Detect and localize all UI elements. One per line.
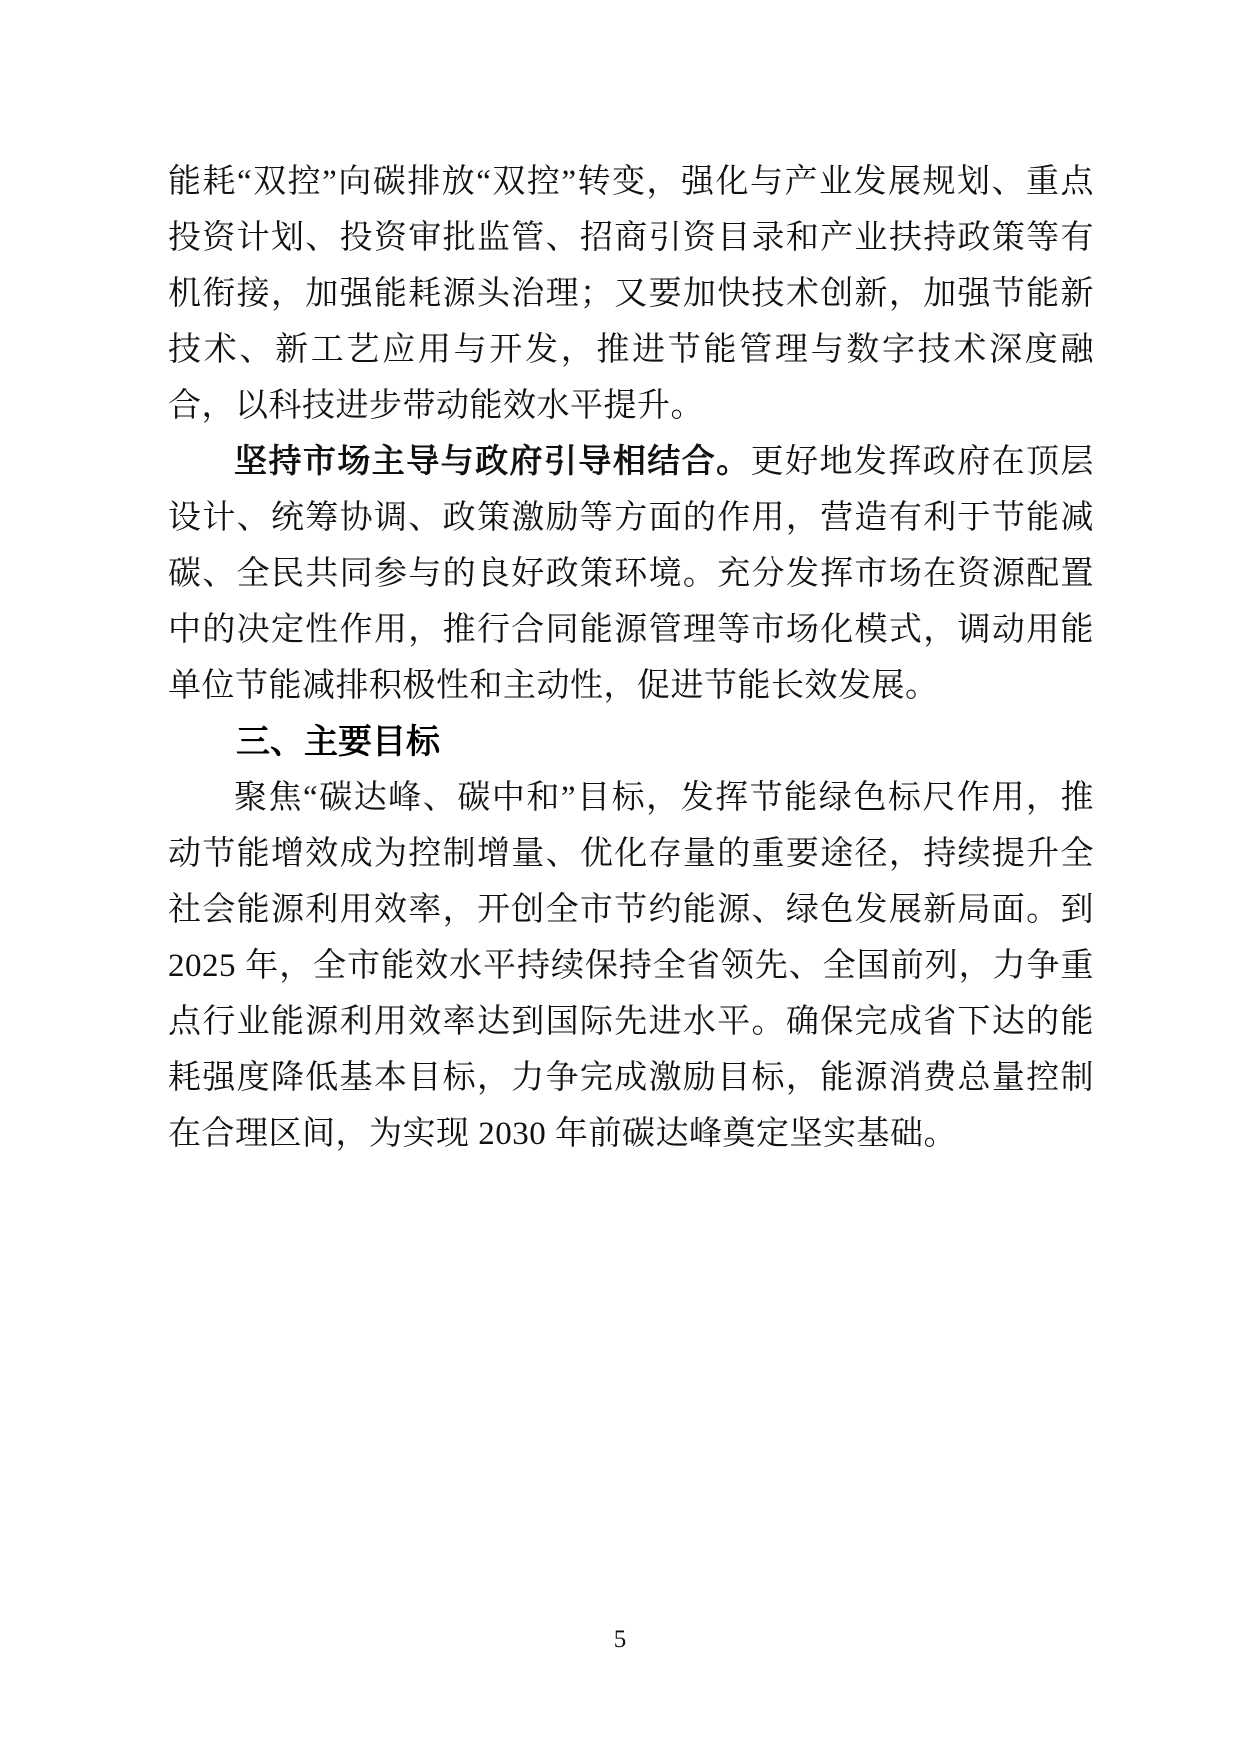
text-run: 能耗“双控”向碳排放“双控”转变，强化与产业发展规划、重点投资计划、投资审批监管…	[168, 164, 1094, 424]
page-footer: 5	[0, 1626, 1240, 1654]
document-body: 能耗“双控”向碳排放“双控”转变，强化与产业发展规划、重点投资计划、投资审批监管…	[168, 154, 1094, 1162]
paragraph: 能耗“双控”向碳排放“双控”转变，强化与产业发展规划、重点投资计划、投资审批监管…	[168, 154, 1094, 434]
bold-text-run: 三、主要目标	[236, 723, 440, 761]
text-run: 聚焦“碳达峰、碳中和”目标，发挥节能绿色标尺作用，推动节能增效成为控制增量、优化…	[168, 780, 1094, 1152]
paragraph: 坚持市场主导与政府引导相结合。更好地发挥政府在顶层设计、统筹协调、政策激励等方面…	[168, 434, 1094, 714]
text-run: 更好地发挥政府在顶层设计、统筹协调、政策激励等方面的作用，营造有利于节能减碳、全…	[168, 444, 1094, 704]
document-page: 能耗“双控”向碳排放“双控”转变，强化与产业发展规划、重点投资计划、投资审批监管…	[0, 0, 1240, 1754]
bold-text-run: 坚持市场主导与政府引导相结合。	[234, 444, 751, 480]
section-heading: 三、主要目标	[168, 714, 1094, 770]
paragraph: 聚焦“碳达峰、碳中和”目标，发挥节能绿色标尺作用，推动节能增效成为控制增量、优化…	[168, 770, 1094, 1162]
page-number: 5	[614, 1626, 627, 1653]
